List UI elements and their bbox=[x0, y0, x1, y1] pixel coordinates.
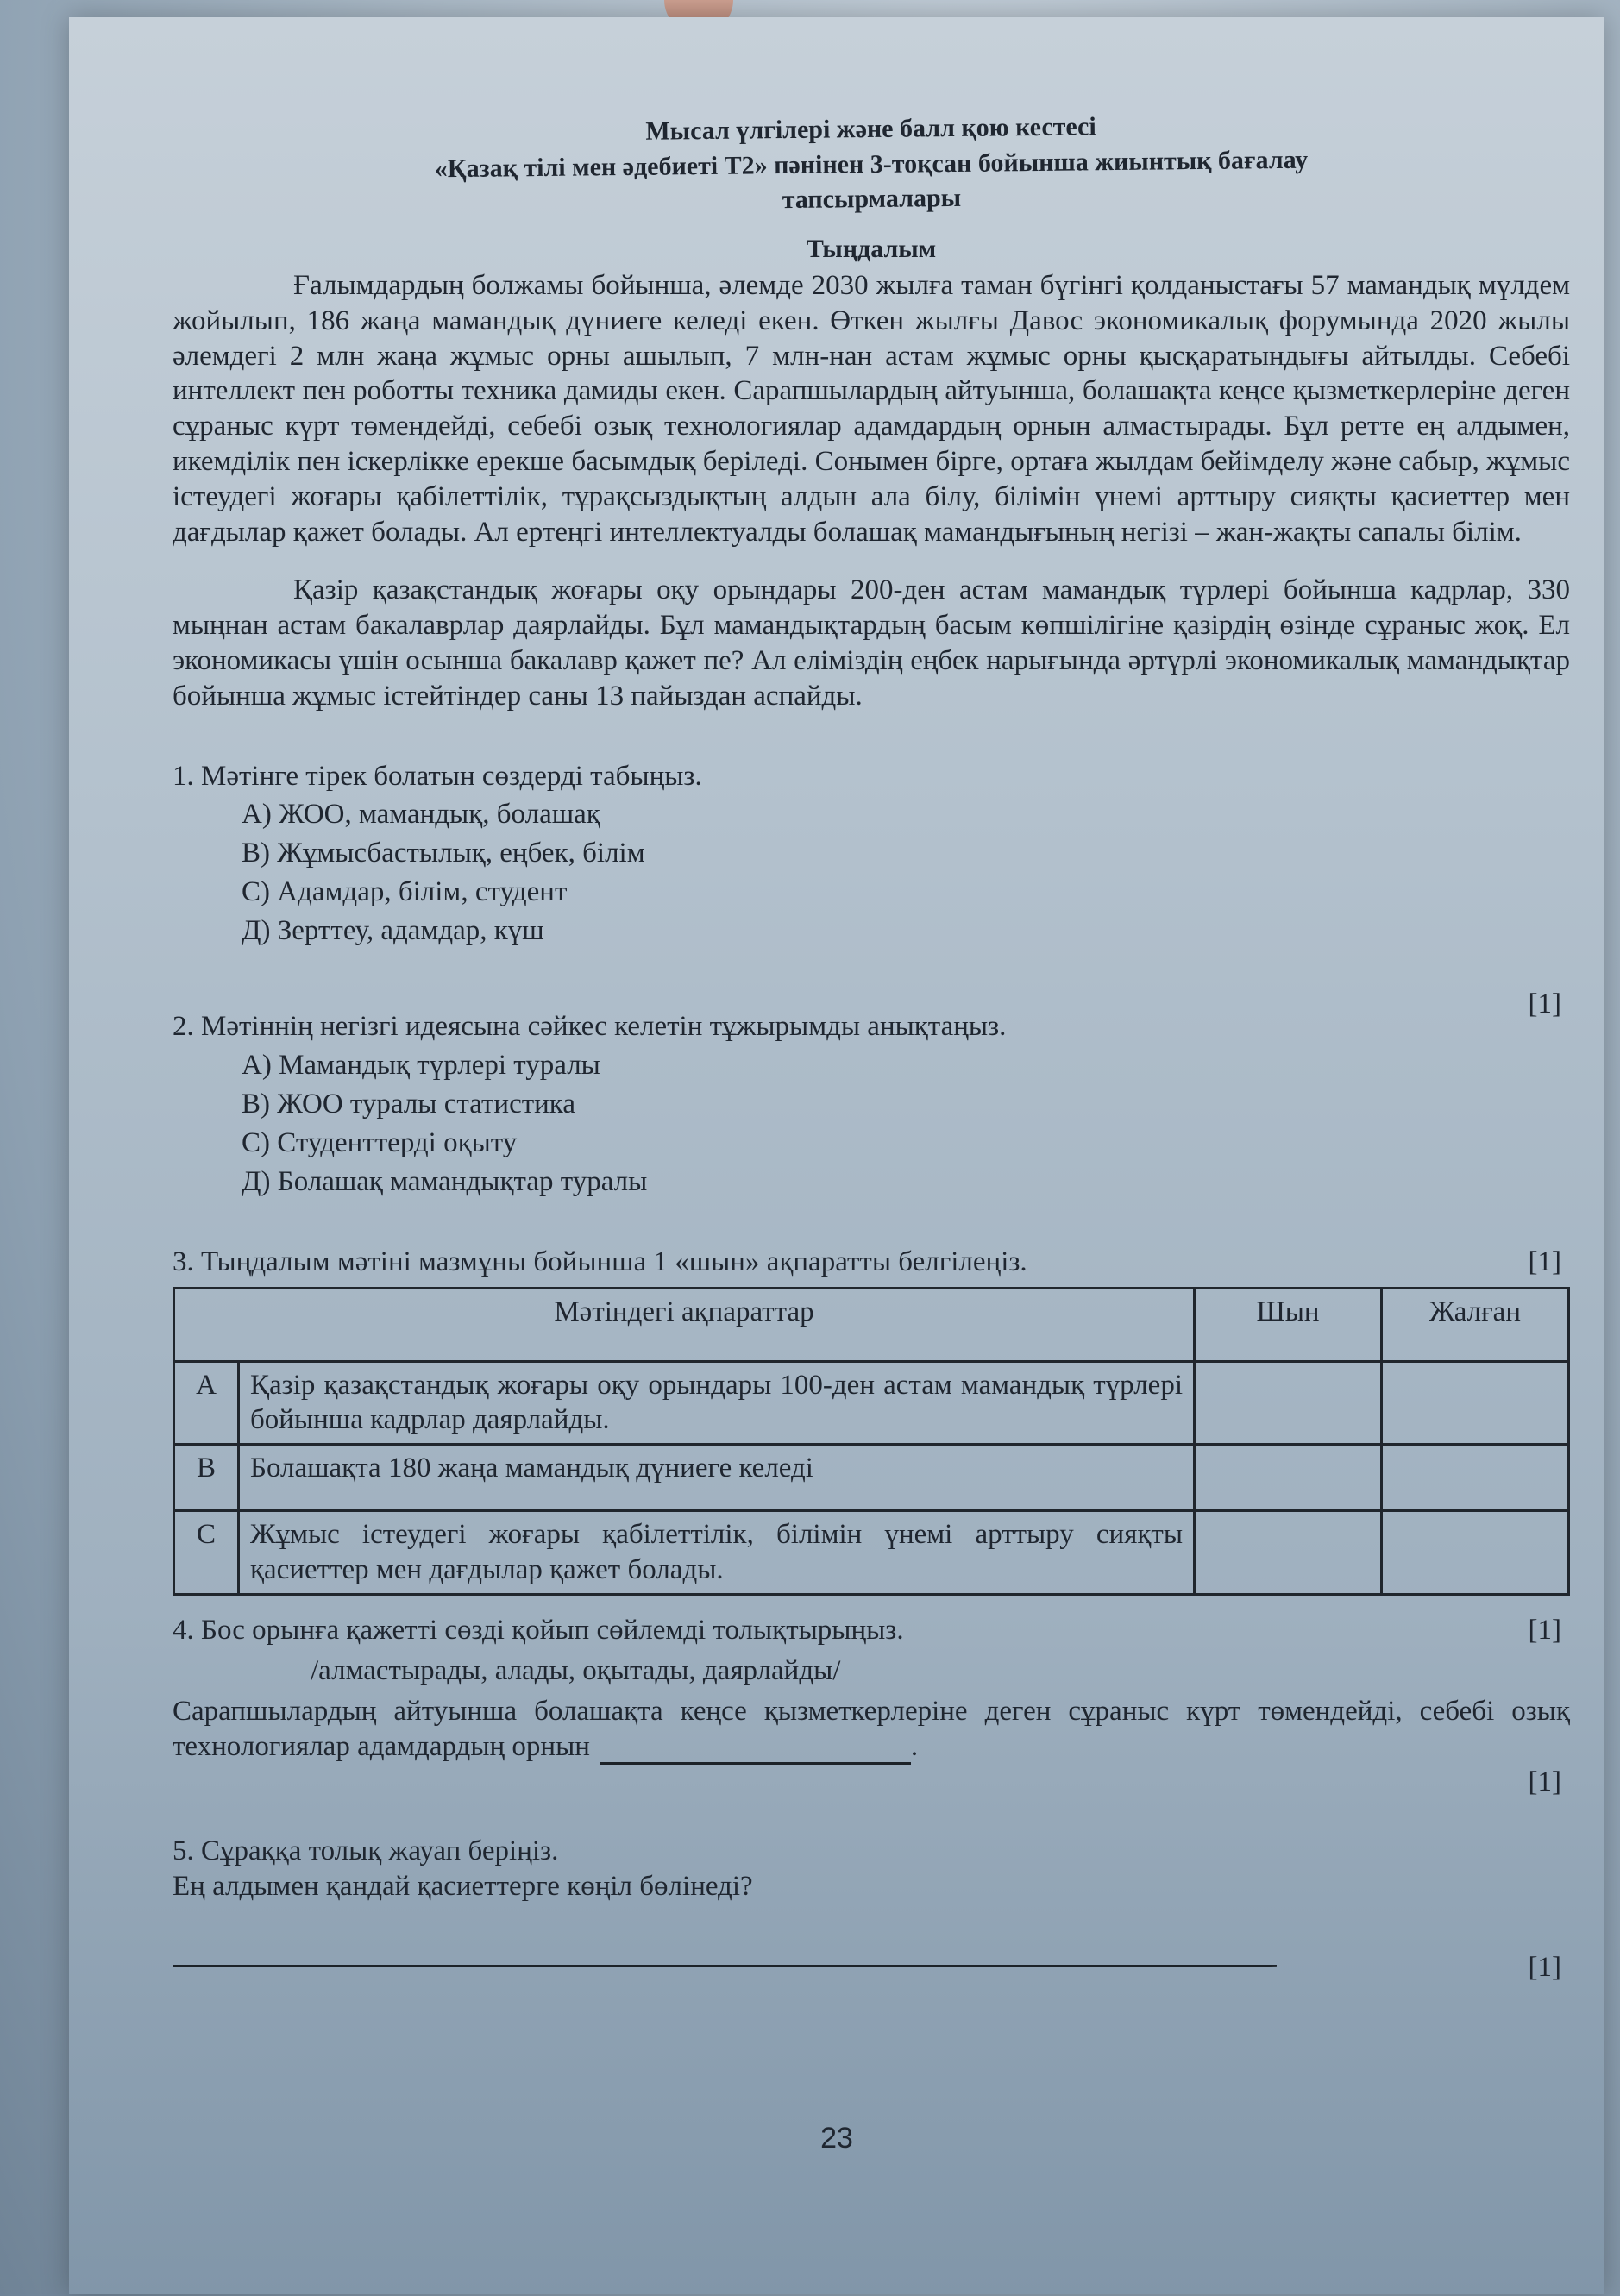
q2-option-d[interactable]: Д) Болашақ мамандықтар туралы bbox=[242, 1164, 1570, 1200]
table-row: B Болашақта 180 жаңа мамандық дүниеге ке… bbox=[174, 1445, 1569, 1511]
answer-line-input[interactable] bbox=[173, 1965, 1277, 1967]
row-statement: Жұмыс істеудегі жоғары қабілеттілік, біл… bbox=[239, 1511, 1195, 1595]
q1-option-b[interactable]: B) Жұмысбастылық, еңбек, білім bbox=[242, 836, 1570, 871]
header-statements: Мәтіндегі ақпараттар bbox=[174, 1288, 1195, 1361]
question-1: 1. Мәтінге тірек болатын сөздерді табыңы… bbox=[173, 759, 1570, 950]
row-letter: B bbox=[174, 1445, 239, 1511]
document-page: Мысал үлгілері және балл қою кестесі «Қа… bbox=[69, 17, 1604, 2294]
question-4-score-bottom: [1] bbox=[1529, 1765, 1561, 1800]
q2-option-b[interactable]: B) ЖОО туралы статистика bbox=[242, 1087, 1570, 1122]
question-4-text: 4. Бос орынға қажетті сөзді қойып сөйлем… bbox=[173, 1613, 1570, 1648]
question-1-options: A) ЖОО, мамандық, болашақ B) Жұмысбастыл… bbox=[242, 797, 1570, 949]
row-letter: C bbox=[174, 1511, 239, 1595]
header-false: Жалған bbox=[1382, 1288, 1569, 1361]
false-cell[interactable] bbox=[1382, 1445, 1569, 1511]
q1-option-a[interactable]: A) ЖОО, мамандық, болашақ bbox=[242, 797, 1570, 832]
true-cell[interactable] bbox=[1195, 1511, 1382, 1595]
false-cell[interactable] bbox=[1382, 1361, 1569, 1445]
listening-paragraph-1: Ғалымдардың болжамы бойынша, әлемде 2030… bbox=[173, 268, 1570, 550]
fill-sentence-end: . bbox=[911, 1731, 918, 1762]
q1-option-c[interactable]: C) Адамдар, білім, студент bbox=[242, 875, 1570, 910]
page-number: 23 bbox=[69, 2122, 1604, 2155]
row-letter: A bbox=[174, 1361, 239, 1445]
question-3-text: 3. Тыңдалым мәтіні мазмұны бойынша 1 «шы… bbox=[173, 1245, 1570, 1280]
header-true: Шын bbox=[1195, 1288, 1382, 1361]
question-3-score: [1] bbox=[1529, 1245, 1561, 1280]
question-2-options: A) Мамандық түрлері туралы B) ЖОО туралы… bbox=[242, 1048, 1570, 1200]
table-row: C Жұмыс істеудегі жоғары қабілеттілік, б… bbox=[174, 1511, 1569, 1595]
question-5-text: 5. Сұраққа толық жауап беріңіз. bbox=[173, 1834, 1570, 1869]
row-statement: Қазір қазақстандық жоғары оқу орындары 1… bbox=[239, 1361, 1195, 1445]
page-content: Мысал үлгілері және балл қою кестесі «Қа… bbox=[173, 112, 1570, 1967]
q2-option-a[interactable]: A) Мамандық түрлері туралы bbox=[242, 1048, 1570, 1083]
question-5-prompt: Ең алдымен қандай қасиеттерге көңіл бөлі… bbox=[173, 1869, 1570, 1904]
question-2-text: 2. Мәтіннің негізгі идеясына сәйкес келе… bbox=[173, 1009, 1570, 1044]
word-bank: /алмастырады, алады, оқытады, даярлайды/ bbox=[311, 1653, 1570, 1689]
listening-title: Тыңдалым bbox=[173, 233, 1570, 265]
question-5: 5. Сұраққа толық жауап беріңіз. Ең алдым… bbox=[173, 1834, 1570, 1967]
fill-sentence: Сарапшылардың айтуынша болашақта кеңсе қ… bbox=[173, 1694, 1570, 1765]
fill-blank-input[interactable] bbox=[600, 1762, 911, 1765]
table-header-row: Мәтіндегі ақпараттар Шын Жалған bbox=[174, 1288, 1569, 1361]
question-1-text: 1. Мәтінге тірек болатын сөздерді табыңы… bbox=[173, 759, 1570, 794]
q2-option-c[interactable]: C) Студенттерді оқыту bbox=[242, 1126, 1570, 1161]
fill-sentence-text: Сарапшылардың айтуынша болашақта кеңсе қ… bbox=[173, 1696, 1570, 1762]
table-row: A Қазір қазақстандық жоғары оқу орындары… bbox=[174, 1361, 1569, 1445]
true-cell[interactable] bbox=[1195, 1445, 1382, 1511]
question-4-label: 4. Бос орынға қажетті сөзді қойып сөйлем… bbox=[173, 1615, 904, 1646]
question-2: 2. Мәтіннің негізгі идеясына сәйкес келе… bbox=[173, 1009, 1570, 1200]
question-4-score-top: [1] bbox=[1529, 1613, 1561, 1648]
row-statement: Болашақта 180 жаңа мамандық дүниеге келе… bbox=[239, 1445, 1195, 1511]
true-false-table: Мәтіндегі ақпараттар Шын Жалған A Қазір … bbox=[173, 1287, 1570, 1597]
question-4: 4. Бос орынға қажетті сөзді қойып сөйлем… bbox=[173, 1613, 1570, 1765]
true-cell[interactable] bbox=[1195, 1361, 1382, 1445]
question-3: 3. Тыңдалым мәтіні мазмұны бойынша 1 «шы… bbox=[173, 1245, 1570, 1597]
false-cell[interactable] bbox=[1382, 1511, 1569, 1595]
question-5-score: [1] bbox=[1529, 1950, 1561, 1985]
q1-option-d[interactable]: Д) Зерттеу, адамдар, күш bbox=[242, 913, 1570, 949]
document-header: Мысал үлгілері және балл қою кестесі «Қа… bbox=[172, 105, 1570, 224]
listening-paragraph-2: Қазір қазақстандық жоғары оқу орындары 2… bbox=[173, 573, 1570, 714]
question-3-label: 3. Тыңдалым мәтіні мазмұны бойынша 1 «шы… bbox=[173, 1246, 1027, 1277]
